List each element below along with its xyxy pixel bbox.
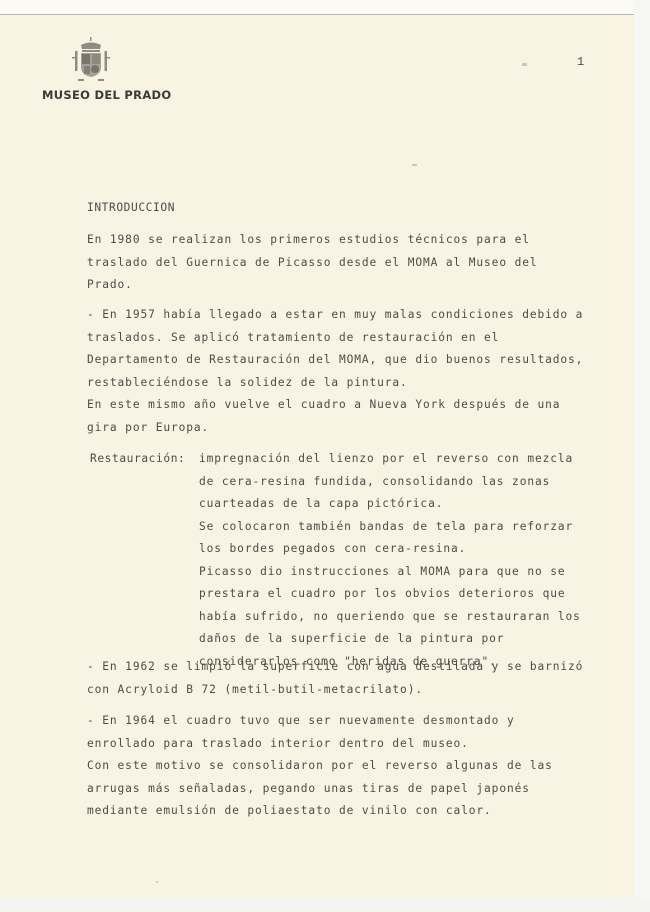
paragraph-1957: - En 1957 había llegado a estar en muy m… <box>87 304 587 439</box>
text-line: con Acryloid B 72 (metil-butil-metacrila… <box>87 679 587 702</box>
text-line: En 1980 se realizan los primeros estudio… <box>87 229 587 252</box>
text-line: Con este motivo se consolidaron por el r… <box>87 755 587 778</box>
scan-right-margin <box>634 0 650 912</box>
text-line: traslados. Se aplicó tratamiento de rest… <box>87 327 587 350</box>
text-line: Prado. <box>87 274 587 297</box>
text-line: restableciéndose la solidez de la pintur… <box>87 372 587 395</box>
restoration-label: Restauración: <box>90 448 185 471</box>
text-line: arrugas más señaladas, pegando unas tira… <box>87 778 587 801</box>
scan-speck <box>156 881 158 883</box>
text-line: los bordes pegados con cera-resina. <box>199 538 588 561</box>
scan-bottom-margin <box>0 898 650 912</box>
page-number: 1 <box>577 55 584 69</box>
text-line: cuarteadas de la capa pictórica. <box>199 493 588 516</box>
text-line: mediante emulsión de poliaestato de vini… <box>87 800 587 823</box>
spanish-coat-of-arms-icon <box>70 37 112 83</box>
text-line: daños de la superficie de la pintura por <box>199 628 588 651</box>
paragraph-1962: - En 1962 se limpió la superficie con ag… <box>87 656 587 701</box>
paragraph-intro: En 1980 se realizan los primeros estudio… <box>87 229 587 297</box>
text-line: había sufrido, no queriendo que se resta… <box>199 606 588 629</box>
text-line: Picasso dio instrucciones al MOMA para q… <box>199 561 588 584</box>
text-line: - En 1962 se limpió la superficie con ag… <box>87 656 587 679</box>
text-line: de cera-resina fundida, consolidando las… <box>199 471 588 494</box>
text-line: enrollado para traslado interior dentro … <box>87 733 587 756</box>
text-line: - En 1964 el cuadro tuvo que ser nuevame… <box>87 710 587 733</box>
text-line: Departamento de Restauración del MOMA, q… <box>87 349 587 372</box>
text-line: - En 1957 había llegado a estar en muy m… <box>87 304 587 327</box>
section-heading: INTRODUCCION <box>87 197 587 220</box>
scan-speck <box>522 63 527 66</box>
text-line: prestara el cuadro por los obvios deteri… <box>199 583 588 606</box>
restoration-details: impregnación del lienzo por el reverso c… <box>199 448 588 673</box>
paragraph-1964: - En 1964 el cuadro tuvo que ser nuevame… <box>87 710 587 823</box>
text-line: gira por Europa. <box>87 417 587 440</box>
institution-name: MUSEO DEL PRADO <box>42 88 171 102</box>
text-line: traslado del Guernica de Picasso desde e… <box>87 252 587 275</box>
text-line: impregnación del lienzo por el reverso c… <box>199 448 588 471</box>
scan-speck <box>412 164 417 166</box>
text-line: En este mismo año vuelve el cuadro a Nue… <box>87 394 587 417</box>
text-line: Se colocaron también bandas de tela para… <box>199 516 588 539</box>
